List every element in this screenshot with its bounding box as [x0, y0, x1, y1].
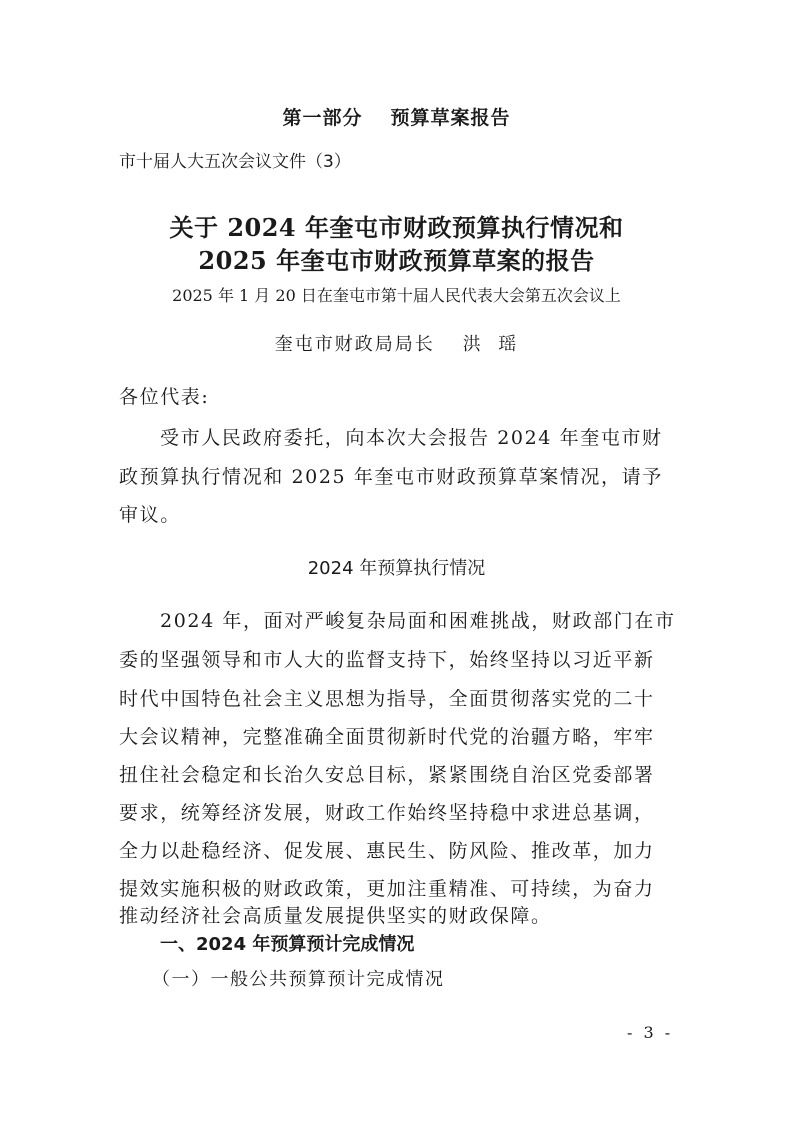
document-page: 第一部分预算草案报告 市十届人大五次会议文件（3） 关于 2024 年奎屯市财政…	[0, 0, 793, 1122]
sub-subsection-heading: （一）一般公共预算预计完成情况	[152, 965, 445, 991]
paragraph-line: 大会议精神，完整准确全面贯彻新时代党的治疆方略，牢牢	[119, 722, 655, 749]
author-name: 洪 瑶	[463, 334, 518, 355]
part-title: 第一部分预算草案报告	[0, 103, 793, 130]
paragraph-line: 2024 年，面对严峻复杂局面和困难挑战，财政部门在市	[160, 606, 676, 633]
author-line: 奎屯市财政局局长洪 瑶	[0, 330, 793, 356]
paragraph-line: 扭住社会稳定和长治久安总目标，紧紧围绕自治区党委部署	[119, 760, 655, 787]
document-number: 市十届人大五次会议文件（3）	[119, 147, 351, 172]
salutation: 各位代表:	[119, 382, 209, 409]
intro-line: 审议。	[119, 500, 181, 527]
section-heading: 2024 年预算执行情况	[0, 554, 793, 580]
paragraph-line: 全力以赴稳经济、促发展、惠民生、防风险、推改革，加力	[119, 836, 655, 863]
report-subtitle: 2025 年 1 月 20 日在奎屯市第十届人民代表大会第五次会议上	[0, 283, 793, 306]
report-title-line-1: 关于 2024 年奎屯市财政预算执行情况和	[0, 208, 793, 243]
paragraph-line: 委的坚强领导和市人大的监督支持下，始终坚持以习近平新	[119, 645, 655, 672]
part-label: 第一部分	[282, 107, 362, 129]
paragraph-line: 提效实施积极的财政政策，更加注重精准、可持续，为奋力	[119, 874, 655, 901]
subsection-heading: 一、2024 年预算预计完成情况	[160, 930, 414, 956]
author-position: 奎屯市财政局局长	[275, 334, 435, 355]
intro-line: 政预算执行情况和 2025 年奎屯市财政预算草案情况，请予	[119, 462, 663, 489]
report-title-line-2: 2025 年奎屯市财政预算草案的报告	[0, 241, 793, 276]
part-name: 预算草案报告	[391, 107, 511, 129]
page-number: - 3 -	[627, 1023, 673, 1042]
paragraph-line: 推动经济社会高质量发展提供坚实的财政保障。	[119, 901, 552, 928]
paragraph-line: 要求，统筹经济发展，财政工作始终坚持稳中求进总基调，	[119, 798, 655, 825]
paragraph-line: 时代中国特色社会主义思想为指导，全面贯彻落实党的二十	[119, 684, 655, 711]
intro-line: 受市人民政府委托，向本次大会报告 2024 年奎屯市财	[160, 423, 663, 450]
